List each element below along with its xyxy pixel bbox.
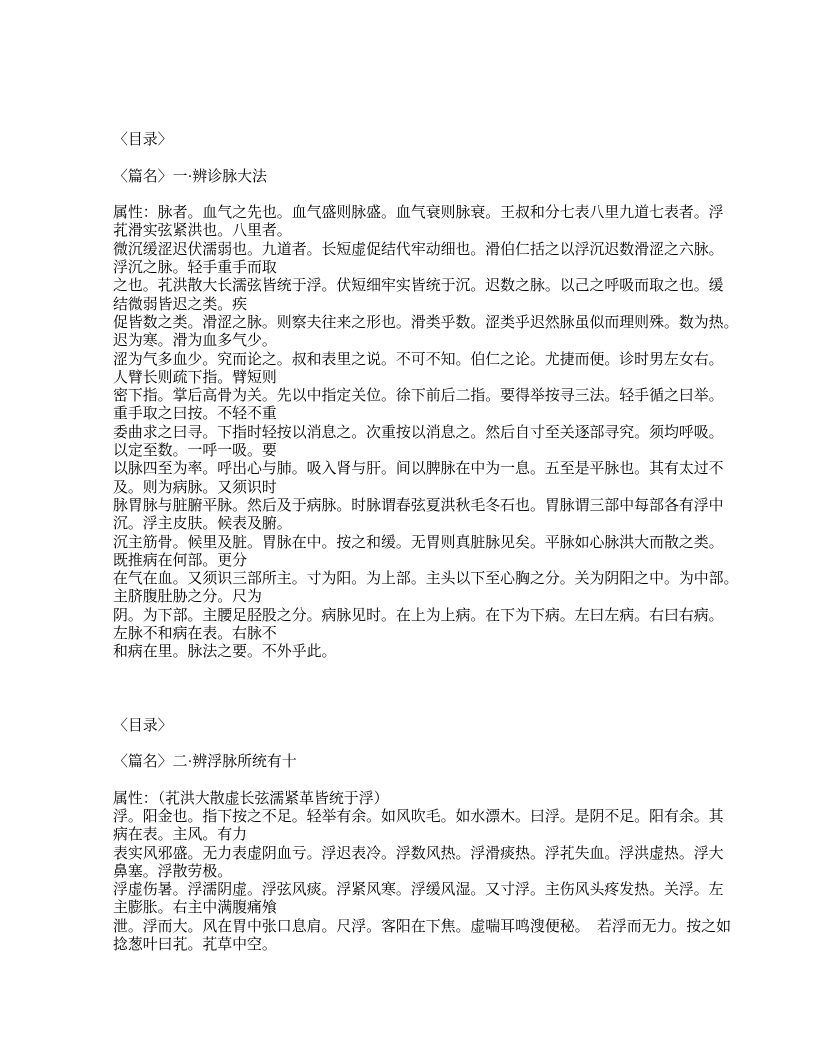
text-line: 浮沉之脉。轻手重手而取 <box>113 259 719 277</box>
text-line: 芤滑实弦紧洪也。八里者。 <box>113 222 719 240</box>
blank-line <box>113 186 719 204</box>
text-line: 以定至数。一呼一吸。要 <box>113 442 719 460</box>
text-line: 委曲求之曰寻。下指时轻按以消息之。次重按以消息之。然后自寸至关逐部寻究。须均呼吸… <box>113 424 719 442</box>
text-line: 浮虚伤暑。浮濡阴虚。浮弦风痰。浮紧风寒。浮缓风湿。又寸浮。主伤风头疼发热。关浮。… <box>113 881 719 899</box>
text-line: 病在表。主风。有力 <box>113 826 719 844</box>
text-line: 和病在里。脉法之要。不外乎此。 <box>113 643 719 661</box>
text-line: 左脉不和病在表。右脉不 <box>113 625 719 643</box>
text-line: 微沉缓涩迟伏濡弱也。九道者。长短虚促结代牢动细也。滑伯仁括之以浮沉迟数滑涩之六脉… <box>113 241 719 259</box>
text-line: 促皆数之类。滑涩之脉。则察夫往来之形也。滑类乎数。涩类乎迟然脉虽似而理则殊。数为… <box>113 314 719 332</box>
text-line: 密下指。掌后高骨为关。先以中指定关位。徐下前后二指。要得举按寻三法。轻手循之曰举… <box>113 387 719 405</box>
text-line: 在气在血。又须识三部所主。寸为阳。为上部。主头以下至心胸之分。关为阴阳之中。为中… <box>113 570 719 588</box>
catalog-marker: 〈目录〉 <box>113 717 719 735</box>
text-line: 鼻塞。浮散劳极。 <box>113 863 719 881</box>
text-line: 捻葱叶曰芤。芤草中空。 <box>113 936 719 954</box>
blank-line <box>113 680 719 698</box>
blank-line <box>113 149 719 167</box>
text-line: 涩为气多血少。究而论之。叔和表里之说。不可不知。伯仁之论。尤捷而便。诊时男左女右… <box>113 351 719 369</box>
text-line: 主脐腹肚胁之分。尺为 <box>113 588 719 606</box>
section-title: 〈篇名〉一·辨诊脉大法 <box>113 168 719 186</box>
blank-line <box>113 771 719 789</box>
document-content: 〈目录〉〈篇名〉一·辨诊脉大法属性：脉者。血气之先也。血气盛则脉盛。血气衰则脉衰… <box>113 131 719 954</box>
text-line: 属性：脉者。血气之先也。血气盛则脉盛。血气衰则脉衰。王叔和分七表八里九道七表者。… <box>113 204 719 222</box>
text-line: 主膨胀。右主中满腹痛飧 <box>113 899 719 917</box>
blank-line <box>113 735 719 753</box>
document-page: 〈目录〉〈篇名〉一·辨诊脉大法属性：脉者。血气之先也。血气盛则脉盛。血气衰则脉衰… <box>0 0 816 1056</box>
text-line: 及。则为病脉。又须识时 <box>113 479 719 497</box>
text-line: 重手取之曰按。不轻不重 <box>113 405 719 423</box>
text-line: 属性：（芤洪大散虚长弦濡紧革皆统于浮） <box>113 790 719 808</box>
text-line: 泄。浮而大。风在胃中张口息肩。尺浮。客阳在下焦。虚喘耳鸣溲便秘。 若浮而无力。按… <box>113 918 719 936</box>
text-line: 之也。芤洪散大长濡弦皆统于浮。伏短细牢实皆统于沉。迟数之脉。以己之呼吸而取之也。… <box>113 277 719 295</box>
text-line: 表实风邪盛。无力表虚阴血亏。浮迟表冷。浮数风热。浮滑痰热。浮芤失血。浮洪虚热。浮… <box>113 845 719 863</box>
catalog-marker: 〈目录〉 <box>113 131 719 149</box>
text-line: 浮。阳金也。指下按之不足。轻举有余。如风吹毛。如水漂木。曰浮。是阴不足。阳有余。… <box>113 808 719 826</box>
blank-line <box>113 698 719 716</box>
text-line: 阴。为下部。主腰足胫股之分。病脉见时。在上为上病。在下为下病。左曰左病。右曰右病… <box>113 607 719 625</box>
text-line: 迟为寒。滑为血多气少。 <box>113 332 719 350</box>
text-line: 脉胃脉与脏腑平脉。然后及于病脉。时脉谓春弦夏洪秋毛冬石也。胃脉谓三部中每部各有浮… <box>113 497 719 515</box>
text-line: 沉主筋骨。候里及脏。胃脉在中。按之和缓。无胃则真脏脉见矣。平脉如心脉洪大而散之类… <box>113 534 719 552</box>
text-line: 人臂长则疏下指。臂短则 <box>113 369 719 387</box>
text-line: 结微弱皆迟之类。疾 <box>113 296 719 314</box>
text-line: 既推病在何部。更分 <box>113 552 719 570</box>
section-title: 〈篇名〉二·辨浮脉所统有十 <box>113 753 719 771</box>
text-line: 沉。浮主皮肤。候表及腑。 <box>113 515 719 533</box>
text-line: 以脉四至为率。呼出心与肺。吸入肾与肝。间以脾脉在中为一息。五至是平脉也。其有太过… <box>113 460 719 478</box>
blank-line <box>113 662 719 680</box>
